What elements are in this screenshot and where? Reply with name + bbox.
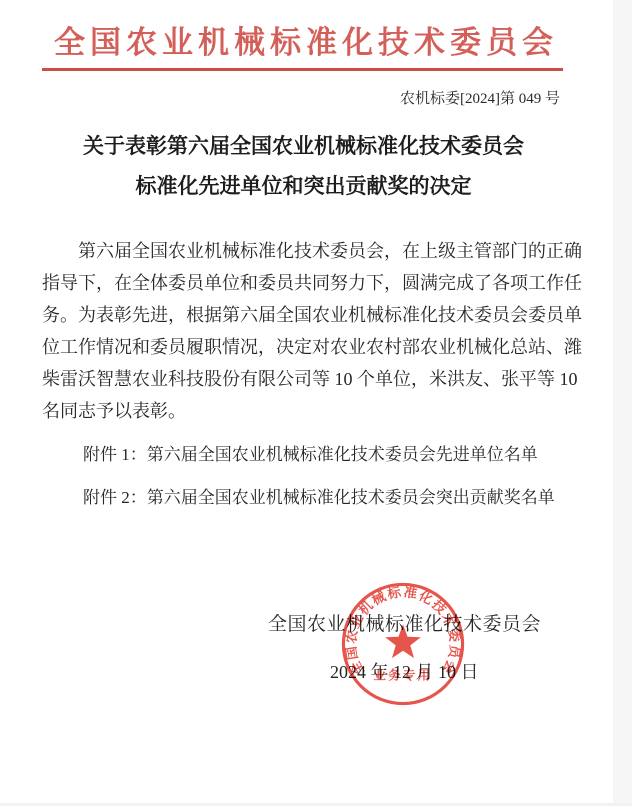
- seal-bottom-text: 业务专用: [373, 667, 432, 682]
- body-line: 位工作情况和委员履职情况，决定对农业农村部农业机械化总站、潍: [42, 331, 565, 363]
- letterhead-divider: [42, 68, 563, 71]
- letterhead-org-name: 全国农业机械标准化技术委员会: [0, 0, 612, 61]
- star-icon: [385, 624, 421, 658]
- body-line: 务。为表彰先进，根据第六届全国农业机械标准化技术委员会委员单: [42, 299, 565, 331]
- body-line: 柴雷沃智慧农业科技股份有限公司等 10 个单位，米洪友、张平等 10: [42, 363, 565, 395]
- body-line: 名同志予以表彰。: [42, 395, 565, 427]
- signature-block: 全国农业机械标准化技术委员会 2024 年 12 月 10 日 全国农业机械标准…: [0, 510, 632, 806]
- body-paragraph: 第六届全国农业机械标准化技术委员会，在上级主管部门的正确 指导下，在全体委员单位…: [42, 235, 565, 427]
- official-seal: 全国农业机械标准化技术委员会 业务专用: [339, 580, 467, 708]
- document-page: 全国农业机械标准化技术委员会 农机标委[2024]第 049 号 关于表彰第六届…: [0, 0, 632, 806]
- document-title: 关于表彰第六届全国农业机械标准化技术委员会 标准化先进单位和突出贡献奖的决定: [42, 126, 565, 206]
- doc-number: 农机标委[2024]第 049 号: [0, 87, 560, 108]
- attachment-item-2: 附件 2：第六届全国农业机械标准化技术委员会突出贡献奖名单: [83, 486, 632, 510]
- body-line: 指导下，在全体委员单位和委员共同努力下，圆满完成了各项工作任: [42, 267, 565, 299]
- body-line: 第六届全国农业机械标准化技术委员会，在上级主管部门的正确: [42, 235, 565, 267]
- attachment-item-1: 附件 1：第六届全国农业机械标准化技术委员会先进单位名单: [83, 443, 632, 467]
- document-title-line-2: 标准化先进单位和突出贡献奖的决定: [42, 166, 565, 206]
- document-title-line-1: 关于表彰第六届全国农业机械标准化技术委员会: [42, 126, 565, 166]
- attachment-list: 附件 1：第六届全国农业机械标准化技术委员会先进单位名单 附件 2：第六届全国农…: [83, 443, 632, 510]
